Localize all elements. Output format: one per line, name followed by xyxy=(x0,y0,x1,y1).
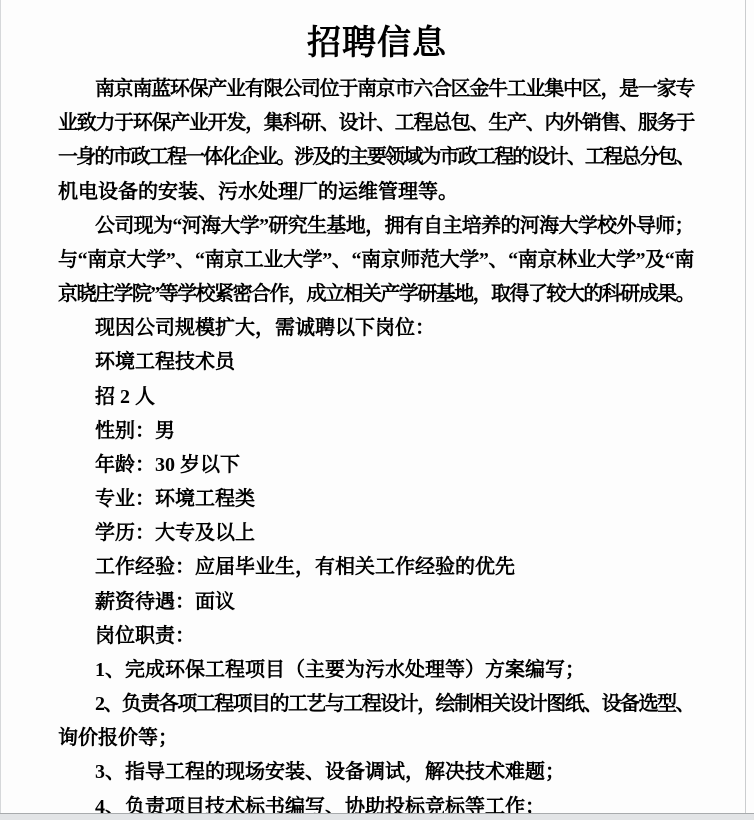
text-line[interactable]: 1、完成环保工程项目（主要为污水处理等）方案编写； xyxy=(58,653,694,687)
document-page[interactable]: 招聘信息 南京南蓝环保产业有限公司位于南京市六合区金牛工业集中区，是一家专业致力… xyxy=(0,0,754,820)
page-edge-left xyxy=(0,0,1,813)
text-line[interactable]: 3、指导工程的现场安装、设备调试，解决技术难题； xyxy=(58,755,694,789)
text-line[interactable]: 公司现为“河海大学”研究生基地，拥有自主培养的河海大学校外导师； xyxy=(58,209,694,243)
text-line[interactable]: 现因公司规模扩大，需诚聘以下岗位： xyxy=(58,311,694,345)
document-title[interactable]: 招聘信息 xyxy=(0,22,754,66)
text-line[interactable]: 机电设备的安装、污水处理厂的运维管理等。 xyxy=(58,175,694,209)
bottom-bar xyxy=(0,813,754,820)
text-line[interactable]: 学历：大专及以上 xyxy=(58,516,694,550)
text-line[interactable]: 年龄：30 岁以下 xyxy=(58,448,694,482)
text-line[interactable]: 招 2 人 xyxy=(58,380,694,414)
document-body: 南京南蓝环保产业有限公司位于南京市六合区金牛工业集中区，是一家专业致力于环保产业… xyxy=(58,72,694,820)
text-line[interactable]: 性别：男 xyxy=(58,414,694,448)
text-line[interactable]: 工作经验：应届毕业生，有相关工作经验的优先 xyxy=(58,550,694,584)
text-line[interactable]: 业致力于环保产业开发，集科研、设计、工程总包、生产、内外销售、服务于 xyxy=(58,106,694,140)
text-line[interactable]: 京晓庄学院”等学校紧密合作，成立相关产学研基地，取得了较大的科研成果。 xyxy=(58,277,694,311)
text-line[interactable]: 岗位职责： xyxy=(58,619,694,653)
text-line[interactable]: 环境工程技术员 xyxy=(58,345,694,379)
text-line[interactable]: 询价报价等； xyxy=(58,721,694,755)
page-edge-right xyxy=(745,0,746,813)
text-line[interactable]: 与“南京大学”、“南京工业大学”、“南京师范大学”、“南京林业大学”及“南 xyxy=(58,243,694,277)
text-line[interactable]: 南京南蓝环保产业有限公司位于南京市六合区金牛工业集中区，是一家专 xyxy=(58,72,694,106)
text-line[interactable]: 专业：环境工程类 xyxy=(58,482,694,516)
text-line[interactable]: 一身的市政工程一体化企业。涉及的主要领域为市政工程的设计、工程总分包、 xyxy=(58,140,694,174)
text-line[interactable]: 2、负责各项工程项目的工艺与工程设计，绘制相关设计图纸、设备选型、 xyxy=(58,687,694,721)
text-line[interactable]: 薪资待遇：面议 xyxy=(58,585,694,619)
